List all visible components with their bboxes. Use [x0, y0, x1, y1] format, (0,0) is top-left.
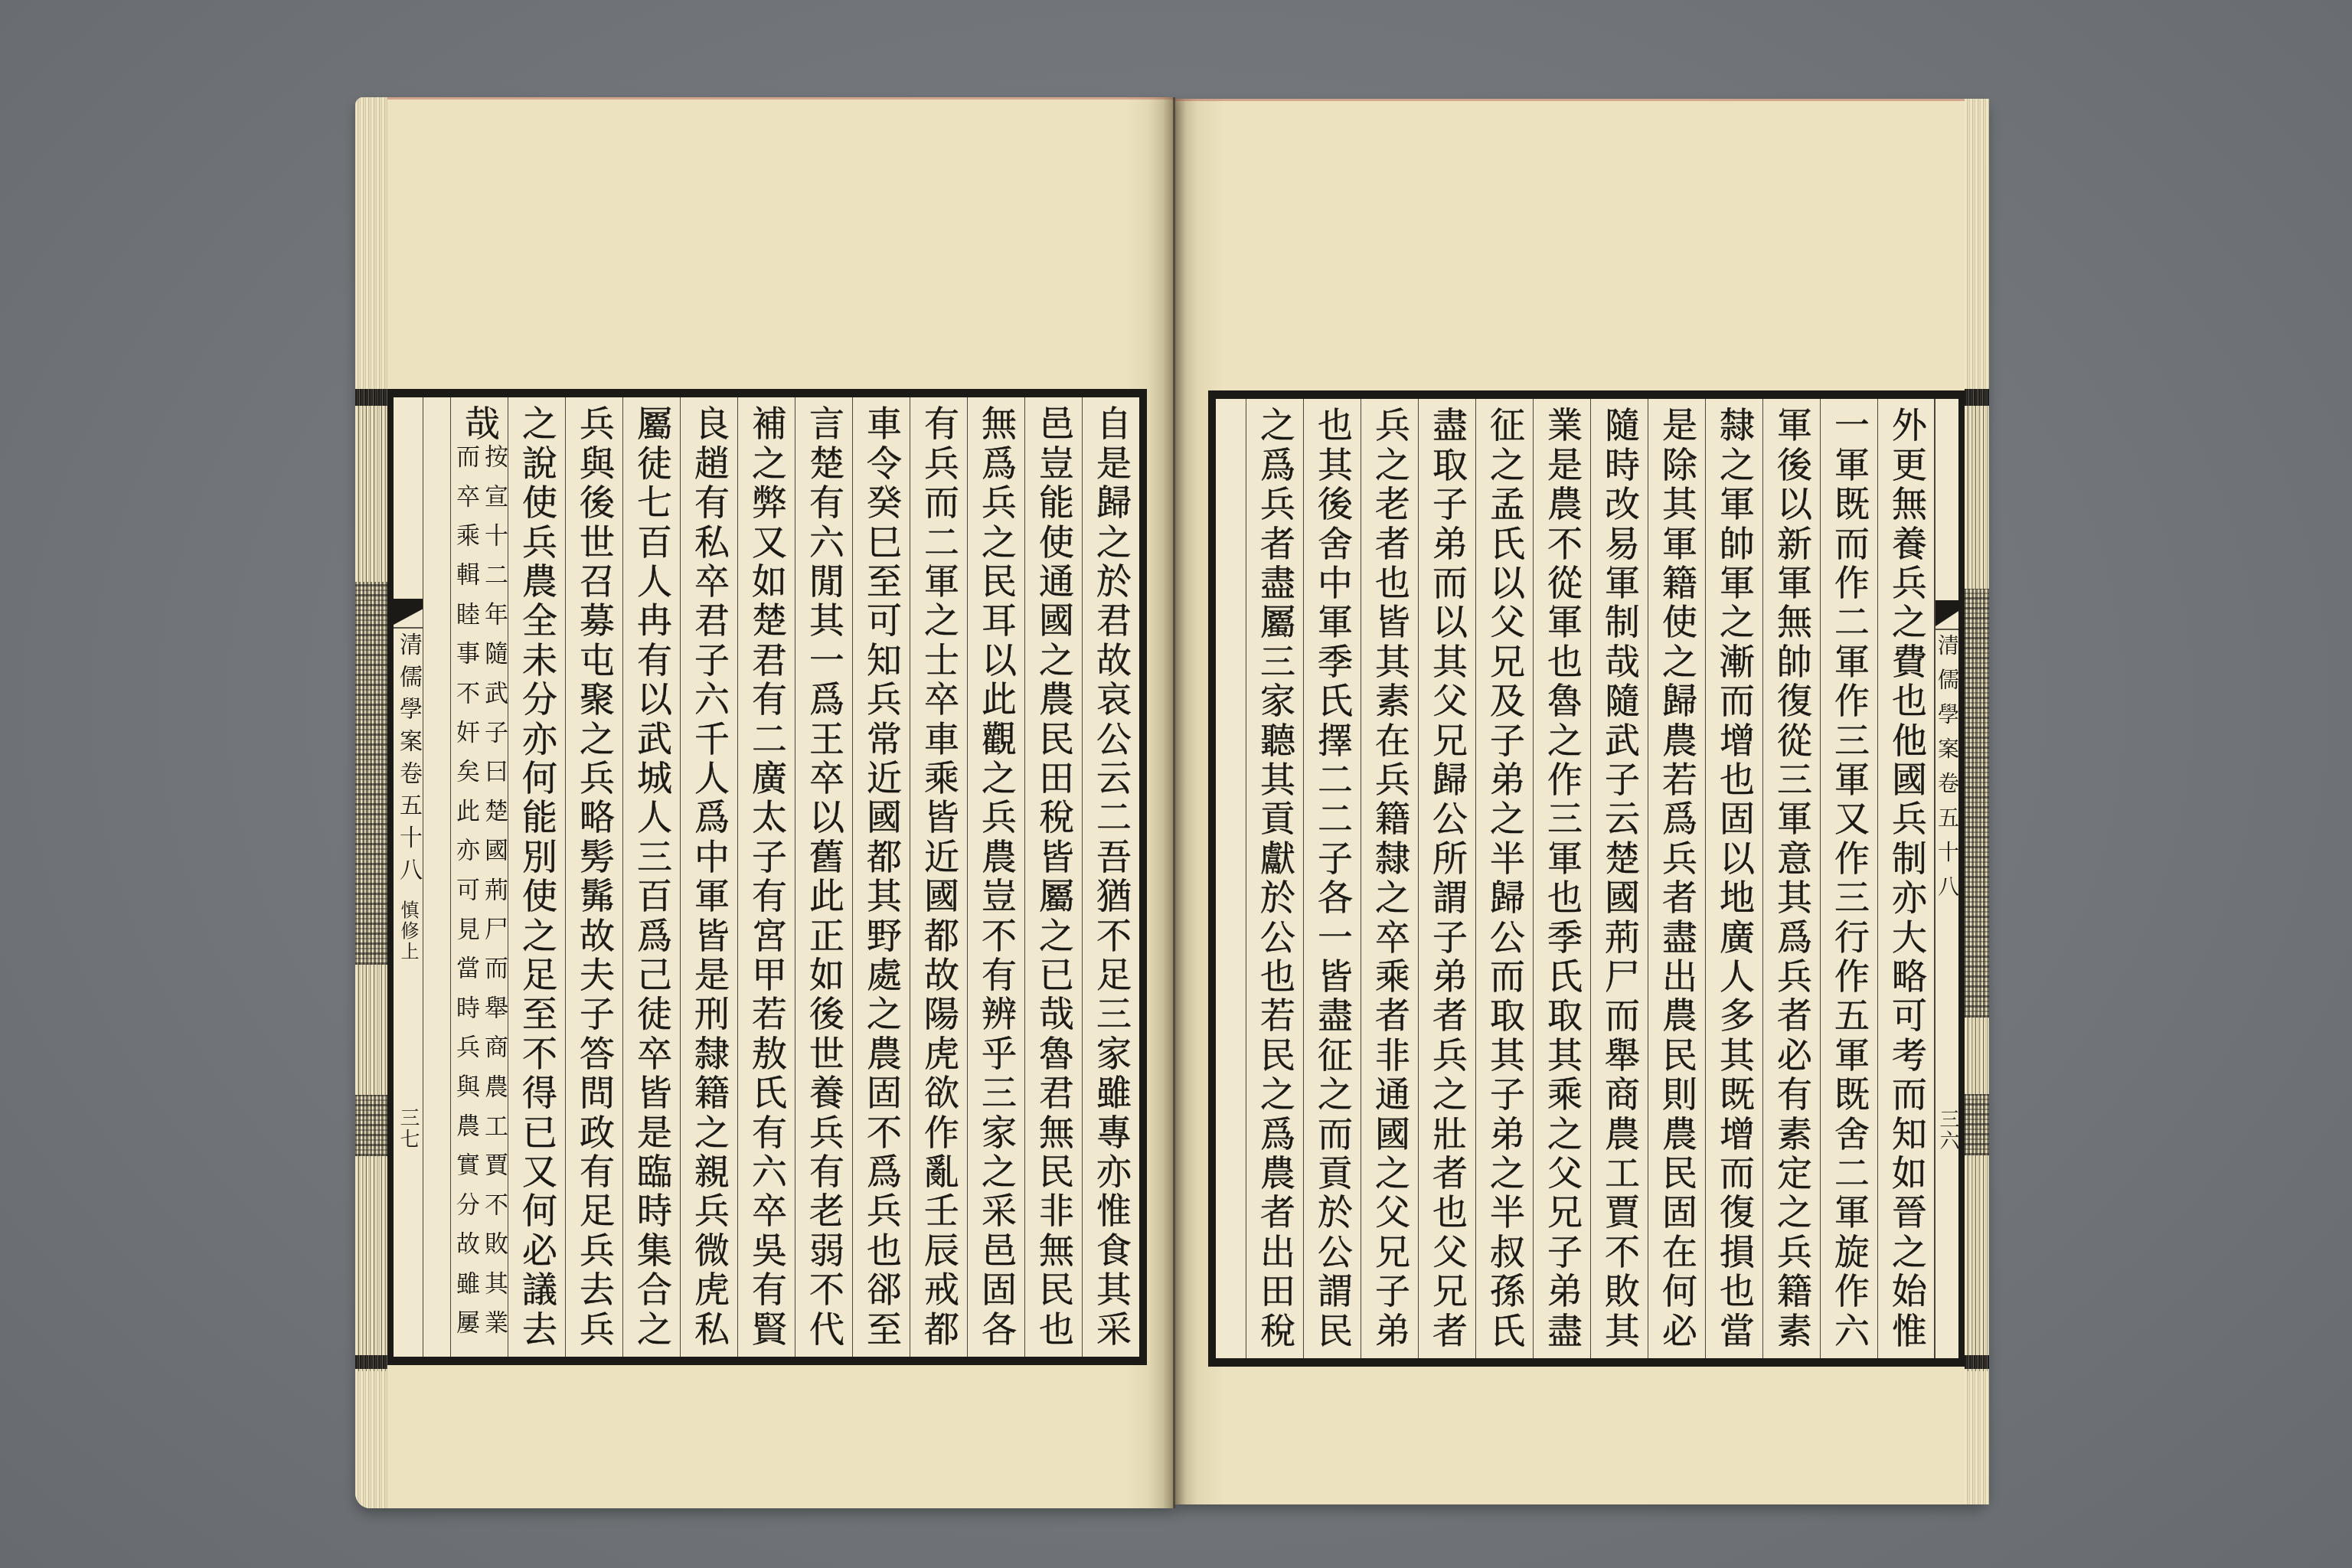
column-text: 車令癸巳至可知兵常近國都其野處之農固不爲兵也郤至 [853, 405, 910, 1350]
annotation-right: 按宣十二年隨武子曰楚國荊尸而舉商農工賈不敗其業 [479, 444, 508, 1349]
stack-ink-mottle [355, 582, 387, 965]
banxin-strip: 清儒學案卷五十八 三六 [1935, 399, 1959, 1358]
fish-tail-rule [394, 627, 423, 629]
text-column: 之說使兵農全未分亦何能別使之足至不得已又何必議去 [508, 397, 565, 1357]
column-text: 也其後舍中軍季氏擇二二子各一皆盡征之而貢於公謂民 [1304, 407, 1361, 1351]
page-number: 三七 [394, 1107, 423, 1150]
text-frame: 清儒學案卷五十八 慎修上 三七 自是歸之於君故哀公云二吾猶不足三家雖專亦惟食其采… [387, 389, 1147, 1365]
text-column: 兵之老者也皆其素在兵籍隸之卒乘者非通國之父兄子弟 [1361, 399, 1418, 1358]
text-column: 征之孟氏以父兄及子弟之半歸公而取其子弟之半叔孫氏 [1475, 399, 1533, 1358]
column-text: 屬徒七百人冉有以武城人三百爲己徒卒皆是臨時集合之 [623, 405, 681, 1350]
gutter-shadow [1148, 97, 1174, 1508]
text-column: 外更無養兵之費也他國兵制亦大略可考而知如晉之始惟 [1877, 399, 1935, 1358]
text-column: 自是歸之於君故哀公云二吾猶不足三家雖專亦惟食其采 [1082, 397, 1139, 1357]
stack-ink-mottle [1965, 1094, 1989, 1155]
banxin-title: 清儒學案卷五十八 [1935, 634, 1959, 910]
column-text: 補之弊又如楚君有二廣太子有宮甲若敖氏有六卒吳有賢 [738, 405, 795, 1350]
column-text: 是除其軍籍使之歸農若爲兵者盡出農民則農民固在何必 [1648, 407, 1706, 1351]
stack-ink-mottle [355, 1095, 387, 1156]
column-text: 之爲兵者盡屬三家聽其貢獻於公也若民之爲農者出田稅 [1246, 407, 1304, 1351]
column-text: 自是歸之於君故哀公云二吾猶不足三家雖專亦惟食其采 [1083, 405, 1140, 1350]
text-column: 屬徒七百人冉有以武城人三百爲己徒卒皆是臨時集合之 [622, 397, 680, 1357]
text-column: 隸之軍帥軍之漸而增也固以地廣人多其既增而復損也當 [1705, 399, 1762, 1358]
gutter-shadow [1174, 99, 1197, 1504]
fish-tail-ornament-icon [394, 599, 423, 625]
fish-tail-ornament-icon [1935, 600, 1959, 626]
column-text: 盡取子弟而以其父兄歸公所謂子弟者兵之壯者也父兄者 [1419, 407, 1476, 1351]
annotated-text-column: 哉 按宣十二年隨武子曰楚國荊尸而舉商農工賈不敗其業 而卒乘輯睦事不奸矣此亦可見當… [450, 397, 508, 1357]
column-text: 言楚有六閒其一爲王卒以舊此正如後世養兵有老弱不代 [795, 405, 853, 1350]
text-column: 一軍既而作二軍作三軍又作三行作五軍既舍二軍旋作六 [1820, 399, 1877, 1358]
column-text: 良趙有私卒君子六千人爲中軍皆是刑隸籍之親兵微虎私 [681, 405, 738, 1350]
column-text: 征之孟氏以父兄及子弟之半歸公而取其子弟之半叔孫氏 [1476, 407, 1534, 1351]
annotation-left: 而卒乘輯睦事不奸矣此亦可見當時兵與農實分故雖屢 [451, 444, 479, 1349]
page-top-edge [1174, 99, 1965, 101]
column-text: 外更無養兵之費也他國兵制亦大略可考而知如晉之始惟 [1878, 407, 1935, 1351]
text-column: 兵與後世召募屯聚之兵略髣髴故夫子答問政有足兵去兵 [565, 397, 622, 1357]
stack-ink-mottle [1965, 589, 1989, 1018]
column-text: 一軍既而作二軍作三軍又作三行作五軍既舍二軍旋作六 [1821, 407, 1878, 1351]
column-text: 哉 [451, 405, 508, 444]
banxin-section: 慎修上 [394, 900, 423, 962]
column-text: 業是農不從軍也魯之作三軍也季氏取其乘之父兄子弟盡 [1534, 407, 1591, 1351]
text-column: 隨時改易軍制哉隨武子云楚國荊尸而舉商農工賈不敗其 [1590, 399, 1648, 1358]
banxin-title: 清儒學案卷五十八 [394, 632, 423, 890]
text-column: 有兵而二軍之士卒車乘皆近國都故陽虎欲作亂壬辰戒都 [910, 397, 967, 1357]
column-text: 之說使兵農全未分亦何能別使之足至不得已又何必議去 [508, 405, 566, 1350]
text-column: 補之弊又如楚君有二廣太子有宮甲若敖氏有六卒吳有賢 [737, 397, 795, 1357]
column-text: 兵與後世召募屯聚之兵略髣髴故夫子答問政有足兵去兵 [566, 405, 623, 1350]
text-column: 也其後舍中軍季氏擇二二子各一皆盡征之而貢於公謂民 [1303, 399, 1361, 1358]
text-column: 業是農不從軍也魯之作三軍也季氏取其乘之父兄子弟盡 [1533, 399, 1590, 1358]
column-text: 隨時改易軍制哉隨武子云楚國荊尸而舉商農工賈不敗其 [1591, 407, 1648, 1351]
column-text: 邑豈能使通國之農民田稅皆屬之已哉魯君無民非無民也 [1025, 405, 1083, 1350]
stack-ink-band [355, 1355, 387, 1369]
fish-tail-rule [1935, 629, 1959, 630]
page-number: 三六 [1935, 1109, 1959, 1151]
text-column: 言楚有六閒其一爲王卒以舊此正如後世養兵有老弱不代 [795, 397, 852, 1357]
page-top-edge [387, 97, 1174, 100]
text-column: 良趙有私卒君子六千人爲中軍皆是刑隸籍之親兵微虎私 [680, 397, 737, 1357]
right-page: 清儒學案卷五十八 三六 外更無養兵之費也他國兵制亦大略可考而知如晉之始惟 一軍既… [1174, 99, 1989, 1504]
text-column: 車令癸巳至可知兵常近國都其野處之農固不爲兵也郤至 [852, 397, 910, 1357]
left-page: 清儒學案卷五十八 慎修上 三七 自是歸之於君故哀公云二吾猶不足三家雖專亦惟食其采… [355, 97, 1174, 1508]
column-text: 兵之老者也皆其素在兵籍隸之卒乘者非通國之父兄子弟 [1361, 407, 1419, 1351]
banxin-strip: 清儒學案卷五十八 慎修上 三七 [394, 397, 423, 1357]
book-gutter [1173, 97, 1175, 1508]
column-text: 無爲兵之民耳以此觀之兵農豈不有辨乎三家之采邑固各 [968, 405, 1025, 1350]
desk-background: 清儒學案卷五十八 三六 外更無養兵之費也他國兵制亦大略可考而知如晉之始惟 一軍既… [0, 0, 2352, 1568]
column-text: 隸之軍帥軍之漸而增也固以地廣人多其既增而復損也當 [1706, 407, 1763, 1351]
column-text: 有兵而二軍之士卒車乘皆近國都故陽虎欲作亂壬辰戒都 [910, 405, 968, 1350]
text-column: 邑豈能使通國之農民田稅皆屬之已哉魯君無民非無民也 [1024, 397, 1082, 1357]
text-frame: 清儒學案卷五十八 三六 外更無養兵之費也他國兵制亦大略可考而知如晉之始惟 一軍既… [1208, 390, 1965, 1367]
text-column: 無爲兵之民耳以此觀之兵農豈不有辨乎三家之采邑固各 [967, 397, 1024, 1357]
text-column: 是除其軍籍使之歸農若爲兵者盡出農民則農民固在何必 [1648, 399, 1705, 1358]
column-text: 軍後以新軍無帥復從三軍意其爲兵者必有素定之兵籍素 [1763, 407, 1821, 1351]
text-column: 軍後以新軍無帥復從三軍意其爲兵者必有素定之兵籍素 [1762, 399, 1820, 1358]
text-column: 之爲兵者盡屬三家聽其貢獻於公也若民之爲農者出田稅 [1246, 399, 1303, 1358]
text-column: 盡取子弟而以其父兄歸公所謂子弟者兵之壯者也父兄者 [1418, 399, 1475, 1358]
stack-ink-band [1965, 1355, 1989, 1369]
page-stack-edge [355, 97, 387, 1508]
page-stack-edge [1965, 99, 1989, 1504]
